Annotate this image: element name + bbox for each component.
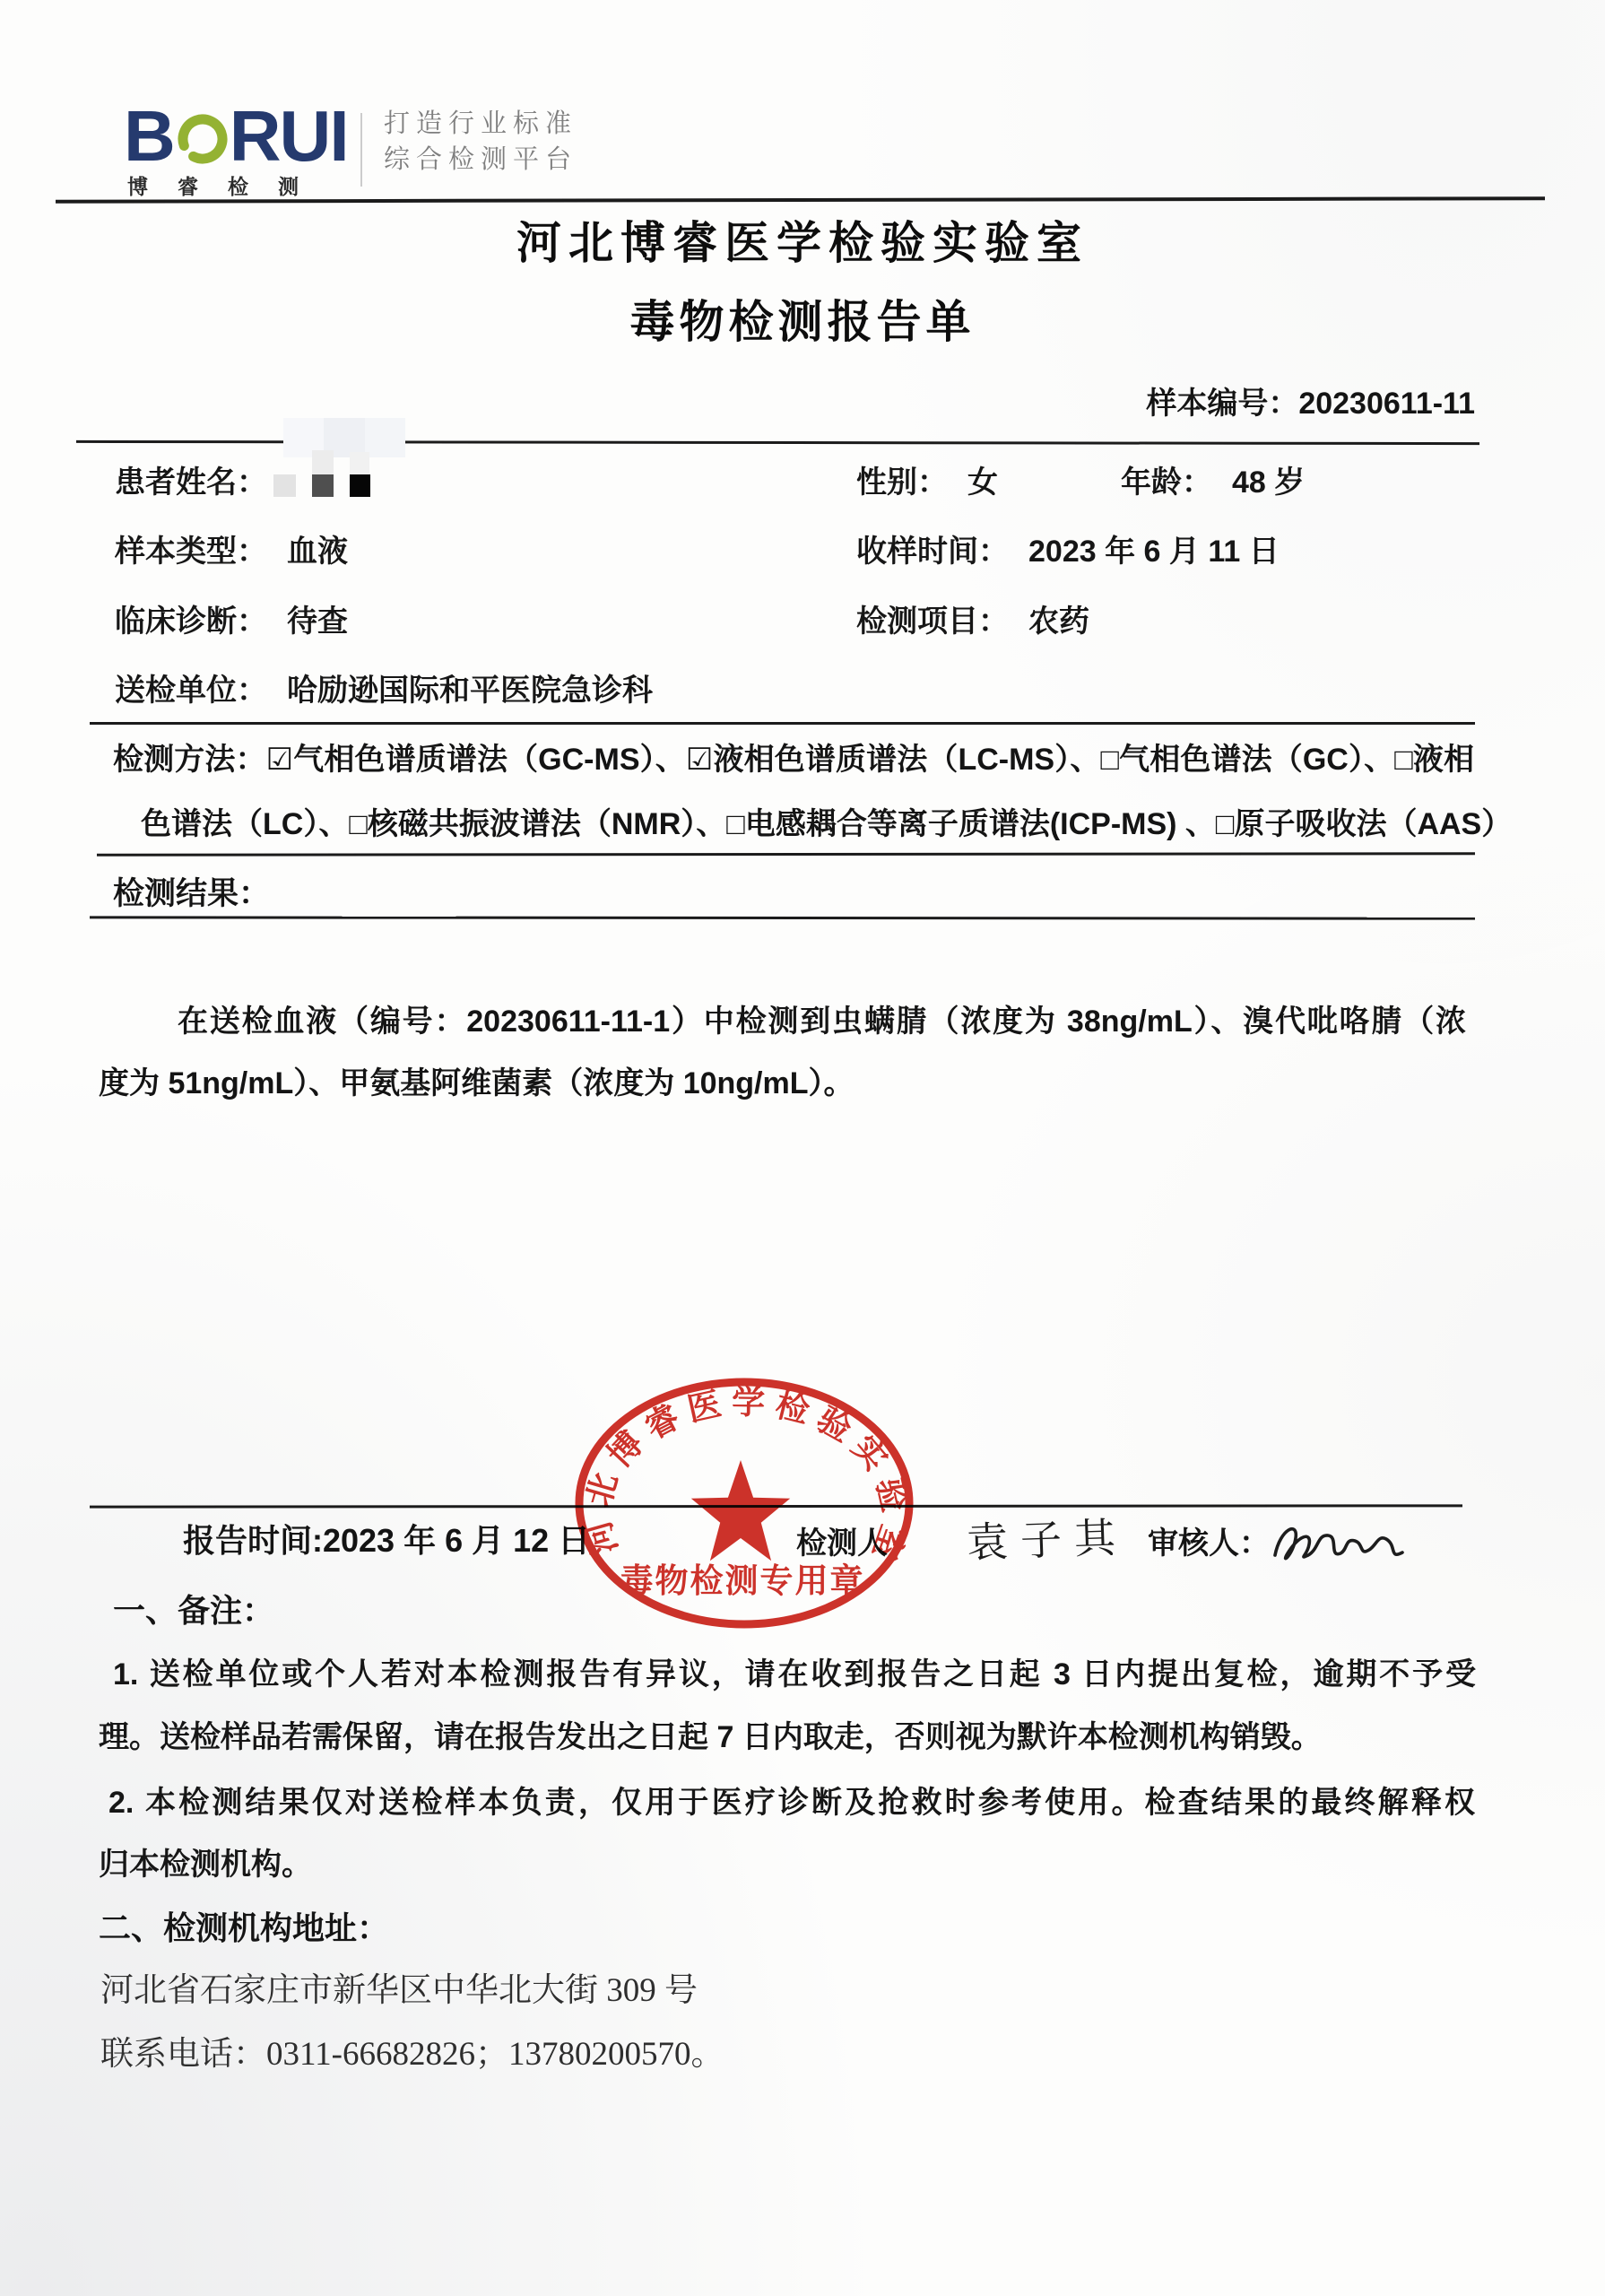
patient-name-label: 患者姓名： xyxy=(115,465,267,500)
official-red-stamp: 河北博睿医学检验实验室 毒物检测专用章 xyxy=(565,1370,924,1639)
note2-line1: 2. 本检测结果仅对送检样本负责，仅用于医疗诊断及抢救时参考使用。检查结果的最终… xyxy=(108,1785,1475,1821)
tester-signature: 袁子其 xyxy=(966,1517,1128,1563)
logo-cjk-subtext: 博睿检测 xyxy=(127,177,328,197)
diagnosis-label: 临床诊断： xyxy=(115,604,267,639)
received-time-cell: 收样时间：2023 年 6 月 11 日 xyxy=(856,536,1280,567)
stamp-star-icon xyxy=(691,1460,790,1561)
stamp-banner-text: 毒物检测专用章 xyxy=(620,1561,865,1599)
age-label: 年龄： xyxy=(1121,465,1212,500)
logo-green-ring-icon xyxy=(177,113,229,165)
report-time: 报告时间:2023 年 6 月 12 日 xyxy=(183,1525,590,1557)
report-type-title: 毒物检测报告单 xyxy=(85,300,1520,344)
reviewer-signature-scribble xyxy=(1262,1509,1424,1580)
sample-type-value: 血液 xyxy=(287,535,348,569)
test-item-value: 农药 xyxy=(1028,604,1089,639)
patient-info-bottom-rule xyxy=(90,722,1475,725)
gender-value: 女 xyxy=(967,465,998,500)
patient-name-row: 患者姓名： xyxy=(115,467,267,498)
reviewer-label: 审核人： xyxy=(1148,1528,1270,1559)
gender-cell: 性别：女 xyxy=(856,467,998,498)
result-section-label: 检测结果： xyxy=(113,878,270,909)
age-cell: 年龄：48 岁 xyxy=(1121,467,1305,498)
sample-number: 样本编号：20230611-11 xyxy=(986,388,1475,419)
logo-tagline-line2: 综合检测平台 xyxy=(384,147,577,173)
org-address: 河北省石家庄市新华区中华北大街 309 号 xyxy=(100,1974,698,2007)
org-address-heading: 二、检测机构地址： xyxy=(99,1912,389,1944)
result-label-rule xyxy=(90,916,1475,919)
test-item-cell: 检测项目：农药 xyxy=(856,606,1089,637)
sample-type-cell: 样本类型：血液 xyxy=(115,536,348,567)
methods-line2: 色谱法（LC）、□核磁共振波谱法（NMR）、□电感耦合等离子质谱法(ICP-MS… xyxy=(141,808,1475,841)
sample-type-label: 样本类型： xyxy=(115,535,267,569)
logo-letter-b: B xyxy=(124,100,174,172)
logo-tagline-line1: 打造行业标准 xyxy=(384,111,577,137)
logo-divider xyxy=(360,113,362,187)
note1-line1: 1. 送检单位或个人若对本检测报告有异议，请在收到报告之日起 3 日内提出复检，… xyxy=(113,1657,1476,1692)
borui-logo: B RUI xyxy=(124,100,348,172)
test-item-label: 检测项目： xyxy=(856,604,1009,639)
sender-cell: 送检单位：哈励逊国际和平医院急诊科 xyxy=(115,675,653,706)
diagnosis-cell: 临床诊断：待查 xyxy=(115,606,348,637)
scanned-report-page: B RUI 博睿检测 打造行业标准 综合检测平台 河北博睿医学检验实验室 毒物检… xyxy=(0,0,1605,2296)
age-value: 48 岁 xyxy=(1232,465,1305,500)
sender-value: 哈励逊国际和平医院急诊科 xyxy=(287,674,653,708)
diagnosis-value: 待查 xyxy=(287,604,348,639)
org-phone: 联系电话：0311-66682826；13780200570。 xyxy=(100,2038,724,2071)
result-text-line2: 度为 51ng/mL）、甲氨基阿维菌素（浓度为 10ng/mL）。 xyxy=(99,1068,855,1099)
note1-line2: 理。送检样品若需保留，请在报告发出之日起 7 日内取走，否则视为默许本检测机构销… xyxy=(99,1719,1322,1755)
received-time-value: 2023 年 6 月 11 日 xyxy=(1028,535,1280,569)
sender-label: 送检单位： xyxy=(115,674,267,708)
result-text-line1: 在送检血液（编号：20230611-11-1）中检测到虫螨腈（浓度为 38ng/… xyxy=(178,1004,1466,1039)
patient-name-redaction xyxy=(273,450,374,497)
methods-bottom-rule xyxy=(97,852,1475,857)
logo-letters-rui: RUI xyxy=(230,100,348,172)
methods-line1: 检测方法：☑气相色谱质谱法（GC-MS）、☑液相色谱质谱法（LC-MS）、□气相… xyxy=(113,744,1474,777)
remarks-heading: 一、备注： xyxy=(113,1595,274,1627)
lab-title: 河北博睿医学检验实验室 xyxy=(85,221,1520,265)
note2-line2: 归本检测机构。 xyxy=(99,1847,312,1883)
received-time-label: 收样时间： xyxy=(856,535,1009,569)
gender-label: 性别： xyxy=(856,465,948,500)
